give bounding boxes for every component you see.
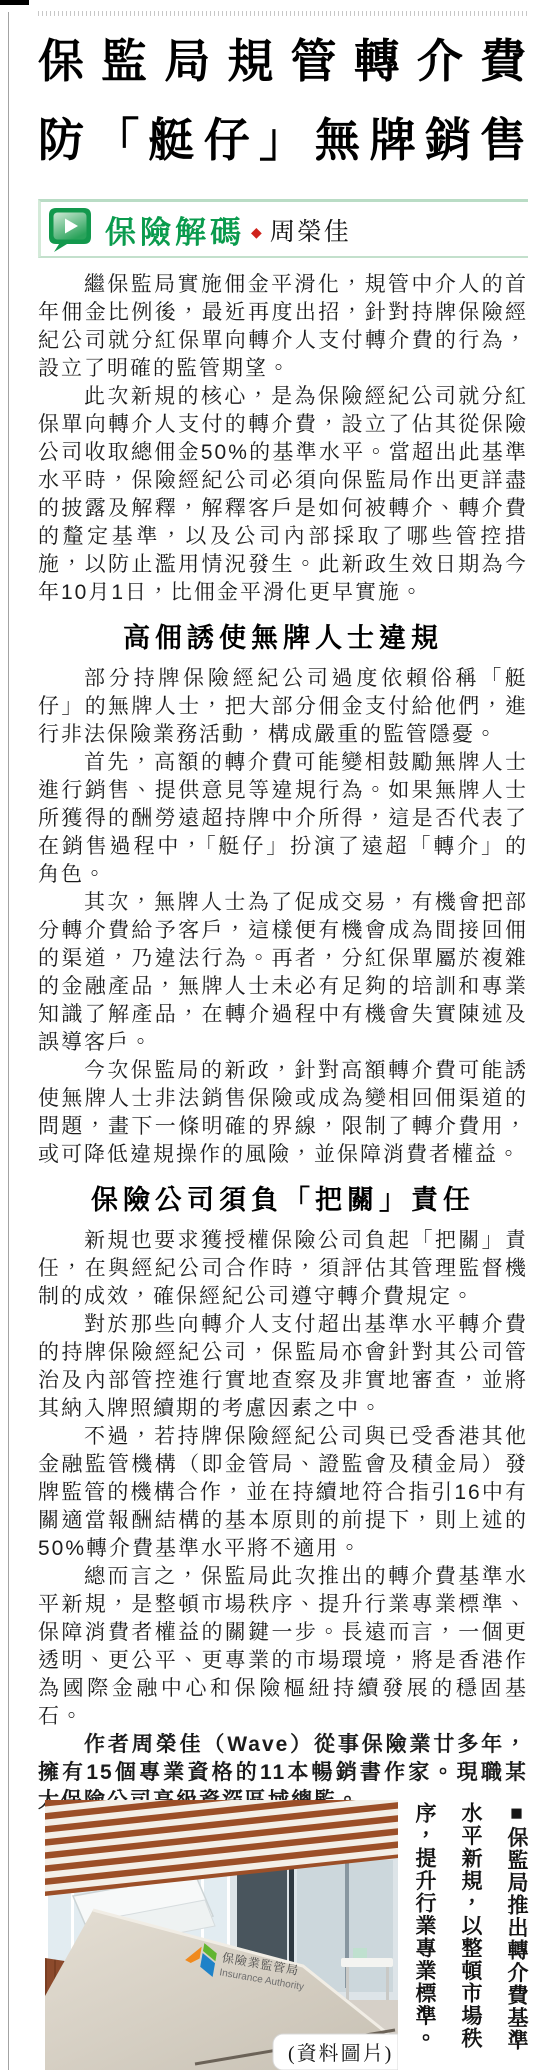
table-items <box>353 1948 367 1958</box>
paragraph: 新規也要求獲授權保險公司負起「把關」責任，在與經紀公司合作時，須評估其管理監督機… <box>38 1227 528 1311</box>
section-title-1: 高佣誘使無牌人士違規 <box>38 620 528 656</box>
article-column: 保監局規管轉介費 防「艇仔」無牌銷售 保險解碼 ◆ 周榮佳 繼保監局實施佣金平滑… <box>38 22 528 1815</box>
play-bubble-icon <box>47 206 93 252</box>
newspaper-clipping: 保監局規管轉介費 防「艇仔」無牌銷售 保險解碼 ◆ 周榮佳 繼保監局實施佣金平滑… <box>0 0 543 2070</box>
column-name: 保險解碼 <box>105 207 245 252</box>
photo: 保險業監管局 Insurance Authority (資料圖片) <box>45 1800 398 2070</box>
table-leg <box>386 1967 389 2001</box>
paragraph: 部分持牌保險經紀公司過度依賴俗稱「艇仔」的無牌人士，把大部分佣金支付給他們，進行… <box>38 665 528 749</box>
paragraph: 首先，高額的轉介費可能變相鼓勵無牌人士進行銷售、提供意見等違規行為。如果無牌人士… <box>38 749 528 889</box>
paragraph: 今次保監局的新政，針對高額轉介費可能誘使無牌人士非法銷售保險或成為變相回佣渠道的… <box>38 1057 528 1169</box>
article-body: 繼保監局實施佣金平滑化，規管中介人的首年佣金比例後，最近再度出招，針對持牌保險經… <box>38 271 528 1815</box>
column-divider-rule <box>8 12 9 2070</box>
diamond-separator-icon: ◆ <box>251 224 262 241</box>
corner-bar <box>0 0 29 5</box>
paragraph: 此次新規的核心，是為保險經紀公司就分紅保單向轉介人支付的轉介費，設立了佔其從保險… <box>38 383 528 607</box>
section-title-2: 保險公司須負「把關」責任 <box>38 1182 528 1218</box>
office-photo-illustration: 保險業監管局 Insurance Authority (資料圖片) <box>45 1800 398 2070</box>
column-author: 周榮佳 <box>270 212 351 248</box>
top-dotted-rule <box>38 11 528 16</box>
headline-line-2: 防「艇仔」無牌銷售 <box>38 101 528 180</box>
photo-side-caption: ■保監局推出轉介費基準水平新規，以整頓市場秩序，提升行業專業標準。 <box>398 1800 539 2070</box>
paragraph: 其次，無牌人士為了促成交易，有機會把部分轉介費給予客戶，這樣便有機會成為間接回佣… <box>38 889 528 1057</box>
headline-line-1: 保監局規管轉介費 <box>38 22 528 101</box>
side-table <box>341 1958 393 1967</box>
column-banner: 保險解碼 ◆ 周榮佳 <box>38 199 528 258</box>
photo-credit: (資料圖片) <box>288 2042 393 2065</box>
paragraph: 對於那些向轉介人支付超出基準水平轉介費的持牌保險經紀公司，保監局亦會針對其公司管… <box>38 1311 528 1423</box>
table-leg <box>346 1967 349 2001</box>
paragraph: 繼保監局實施佣金平滑化，規管中介人的首年佣金比例後，最近再度出招，針對持牌保險經… <box>38 271 528 383</box>
paragraph: 總而言之，保監局此次推出的轉介費基準水平新規，是整頓市場秩序、提升行業專業標準、… <box>38 1563 528 1731</box>
paragraph: 不過，若持牌保險經紀公司與已受香港其他金融監管機構（即金管局、證監會及積金局）發… <box>38 1423 528 1563</box>
headline: 保監局規管轉介費 防「艇仔」無牌銷售 <box>38 22 528 180</box>
photo-figure: 保險業監管局 Insurance Authority (資料圖片) ■保監局推出… <box>45 1800 539 2070</box>
